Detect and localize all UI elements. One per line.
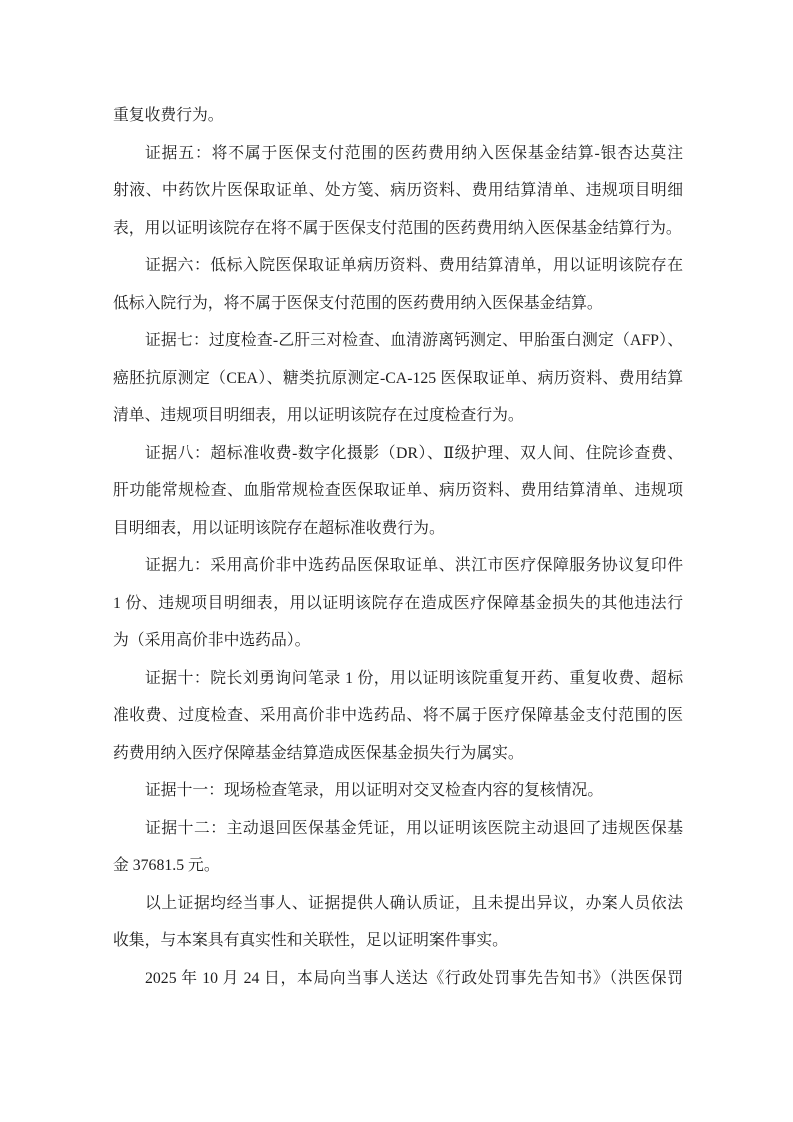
paragraph: 证据八：超标准收费-数字化摄影（DR）、Ⅱ级护理、双人间、住院诊查费、肝功能常规…: [113, 435, 683, 548]
paragraph: 证据十：院长刘勇询问笔录 1 份，用以证明该院重复开药、重复收费、超标准收费、过…: [113, 660, 683, 773]
document-body: 重复收费行为。证据五：将不属于医保支付范围的医药费用纳入医保基金结算-银杏达莫注…: [113, 97, 683, 997]
text-line: 射液、中药饮片医保取证单、处方笺、病历资料、费用结算清单、违规项目明细: [113, 172, 683, 210]
document-page: 重复收费行为。证据五：将不属于医保支付范围的医药费用纳入医保基金结算-银杏达莫注…: [0, 0, 793, 1122]
text-line: 目明细表，用以证明该院存在超标准收费行为。: [113, 510, 683, 548]
text-line: 证据六：低标入院医保取证单病历资料、费用结算清单，用以证明该院存在: [113, 247, 683, 285]
text-line: 癌胚抗原测定（CEA）、糖类抗原测定-CA-125 医保取证单、病历资料、费用结…: [113, 360, 683, 398]
paragraph: 证据十二：主动退回医保基金凭证，用以证明该医院主动退回了违规医保基金 37681…: [113, 810, 683, 885]
text-line: 证据十：院长刘勇询问笔录 1 份，用以证明该院重复开药、重复收费、超标: [113, 660, 683, 698]
text-line: 为（采用高价非中选药品）。: [113, 622, 683, 660]
text-line: 清单、违规项目明细表，用以证明该院存在过度检查行为。: [113, 397, 683, 435]
paragraph: 证据七：过度检查-乙肝三对检查、血清游离钙测定、甲胎蛋白测定（AFP）、癌胚抗原…: [113, 322, 683, 435]
text-line: 证据十二：主动退回医保基金凭证，用以证明该医院主动退回了违规医保基: [113, 810, 683, 848]
paragraph: 重复收费行为。: [113, 97, 683, 135]
paragraph: 证据六：低标入院医保取证单病历资料、费用结算清单，用以证明该院存在低标入院行为，…: [113, 247, 683, 322]
text-line: 药费用纳入医疗保障基金结算造成医保基金损失行为属实。: [113, 735, 683, 773]
paragraph: 证据五：将不属于医保支付范围的医药费用纳入医保基金结算-银杏达莫注射液、中药饮片…: [113, 135, 683, 248]
text-line: 证据五：将不属于医保支付范围的医药费用纳入医保基金结算-银杏达莫注: [113, 135, 683, 173]
text-line: 证据九：采用高价非中选药品医保取证单、洪江市医疗保障服务协议复印件: [113, 547, 683, 585]
paragraph: 以上证据均经当事人、证据提供人确认质证，且未提出异议，办案人员依法收集，与本案具…: [113, 885, 683, 960]
paragraph: 2025 年 10 月 24 日，本局向当事人送达《行政处罚事先告知书》（洪医保…: [113, 960, 683, 998]
text-line: 低标入院行为，将不属于医保支付范围的医药费用纳入医保基金结算。: [113, 285, 683, 323]
text-line: 证据十一：现场检查笔录，用以证明对交叉检查内容的复核情况。: [113, 772, 683, 810]
text-line: 肝功能常规检查、血脂常规检查医保取证单、病历资料、费用结算清单、违规项: [113, 472, 683, 510]
text-line: 表，用以证明该院存在将不属于医保支付范围的医药费用纳入医保基金结算行为。: [113, 210, 683, 248]
text-line: 收集，与本案具有真实性和关联性，足以证明案件事实。: [113, 922, 683, 960]
text-line: 以上证据均经当事人、证据提供人确认质证，且未提出异议，办案人员依法: [113, 885, 683, 923]
text-line: 1 份、违规项目明细表，用以证明该院存在造成医疗保障基金损失的其他违法行: [113, 585, 683, 623]
paragraph: 证据九：采用高价非中选药品医保取证单、洪江市医疗保障服务协议复印件1 份、违规项…: [113, 547, 683, 660]
text-line: 证据八：超标准收费-数字化摄影（DR）、Ⅱ级护理、双人间、住院诊查费、: [113, 435, 683, 473]
text-line: 2025 年 10 月 24 日，本局向当事人送达《行政处罚事先告知书》（洪医保…: [113, 960, 683, 998]
paragraph: 证据十一：现场检查笔录，用以证明对交叉检查内容的复核情况。: [113, 772, 683, 810]
text-line: 证据七：过度检查-乙肝三对检查、血清游离钙测定、甲胎蛋白测定（AFP）、: [113, 322, 683, 360]
text-line: 准收费、过度检查、采用高价非中选药品、将不属于医疗保障基金支付范围的医: [113, 697, 683, 735]
text-line: 金 37681.5 元。: [113, 847, 683, 885]
text-line: 重复收费行为。: [113, 97, 683, 135]
